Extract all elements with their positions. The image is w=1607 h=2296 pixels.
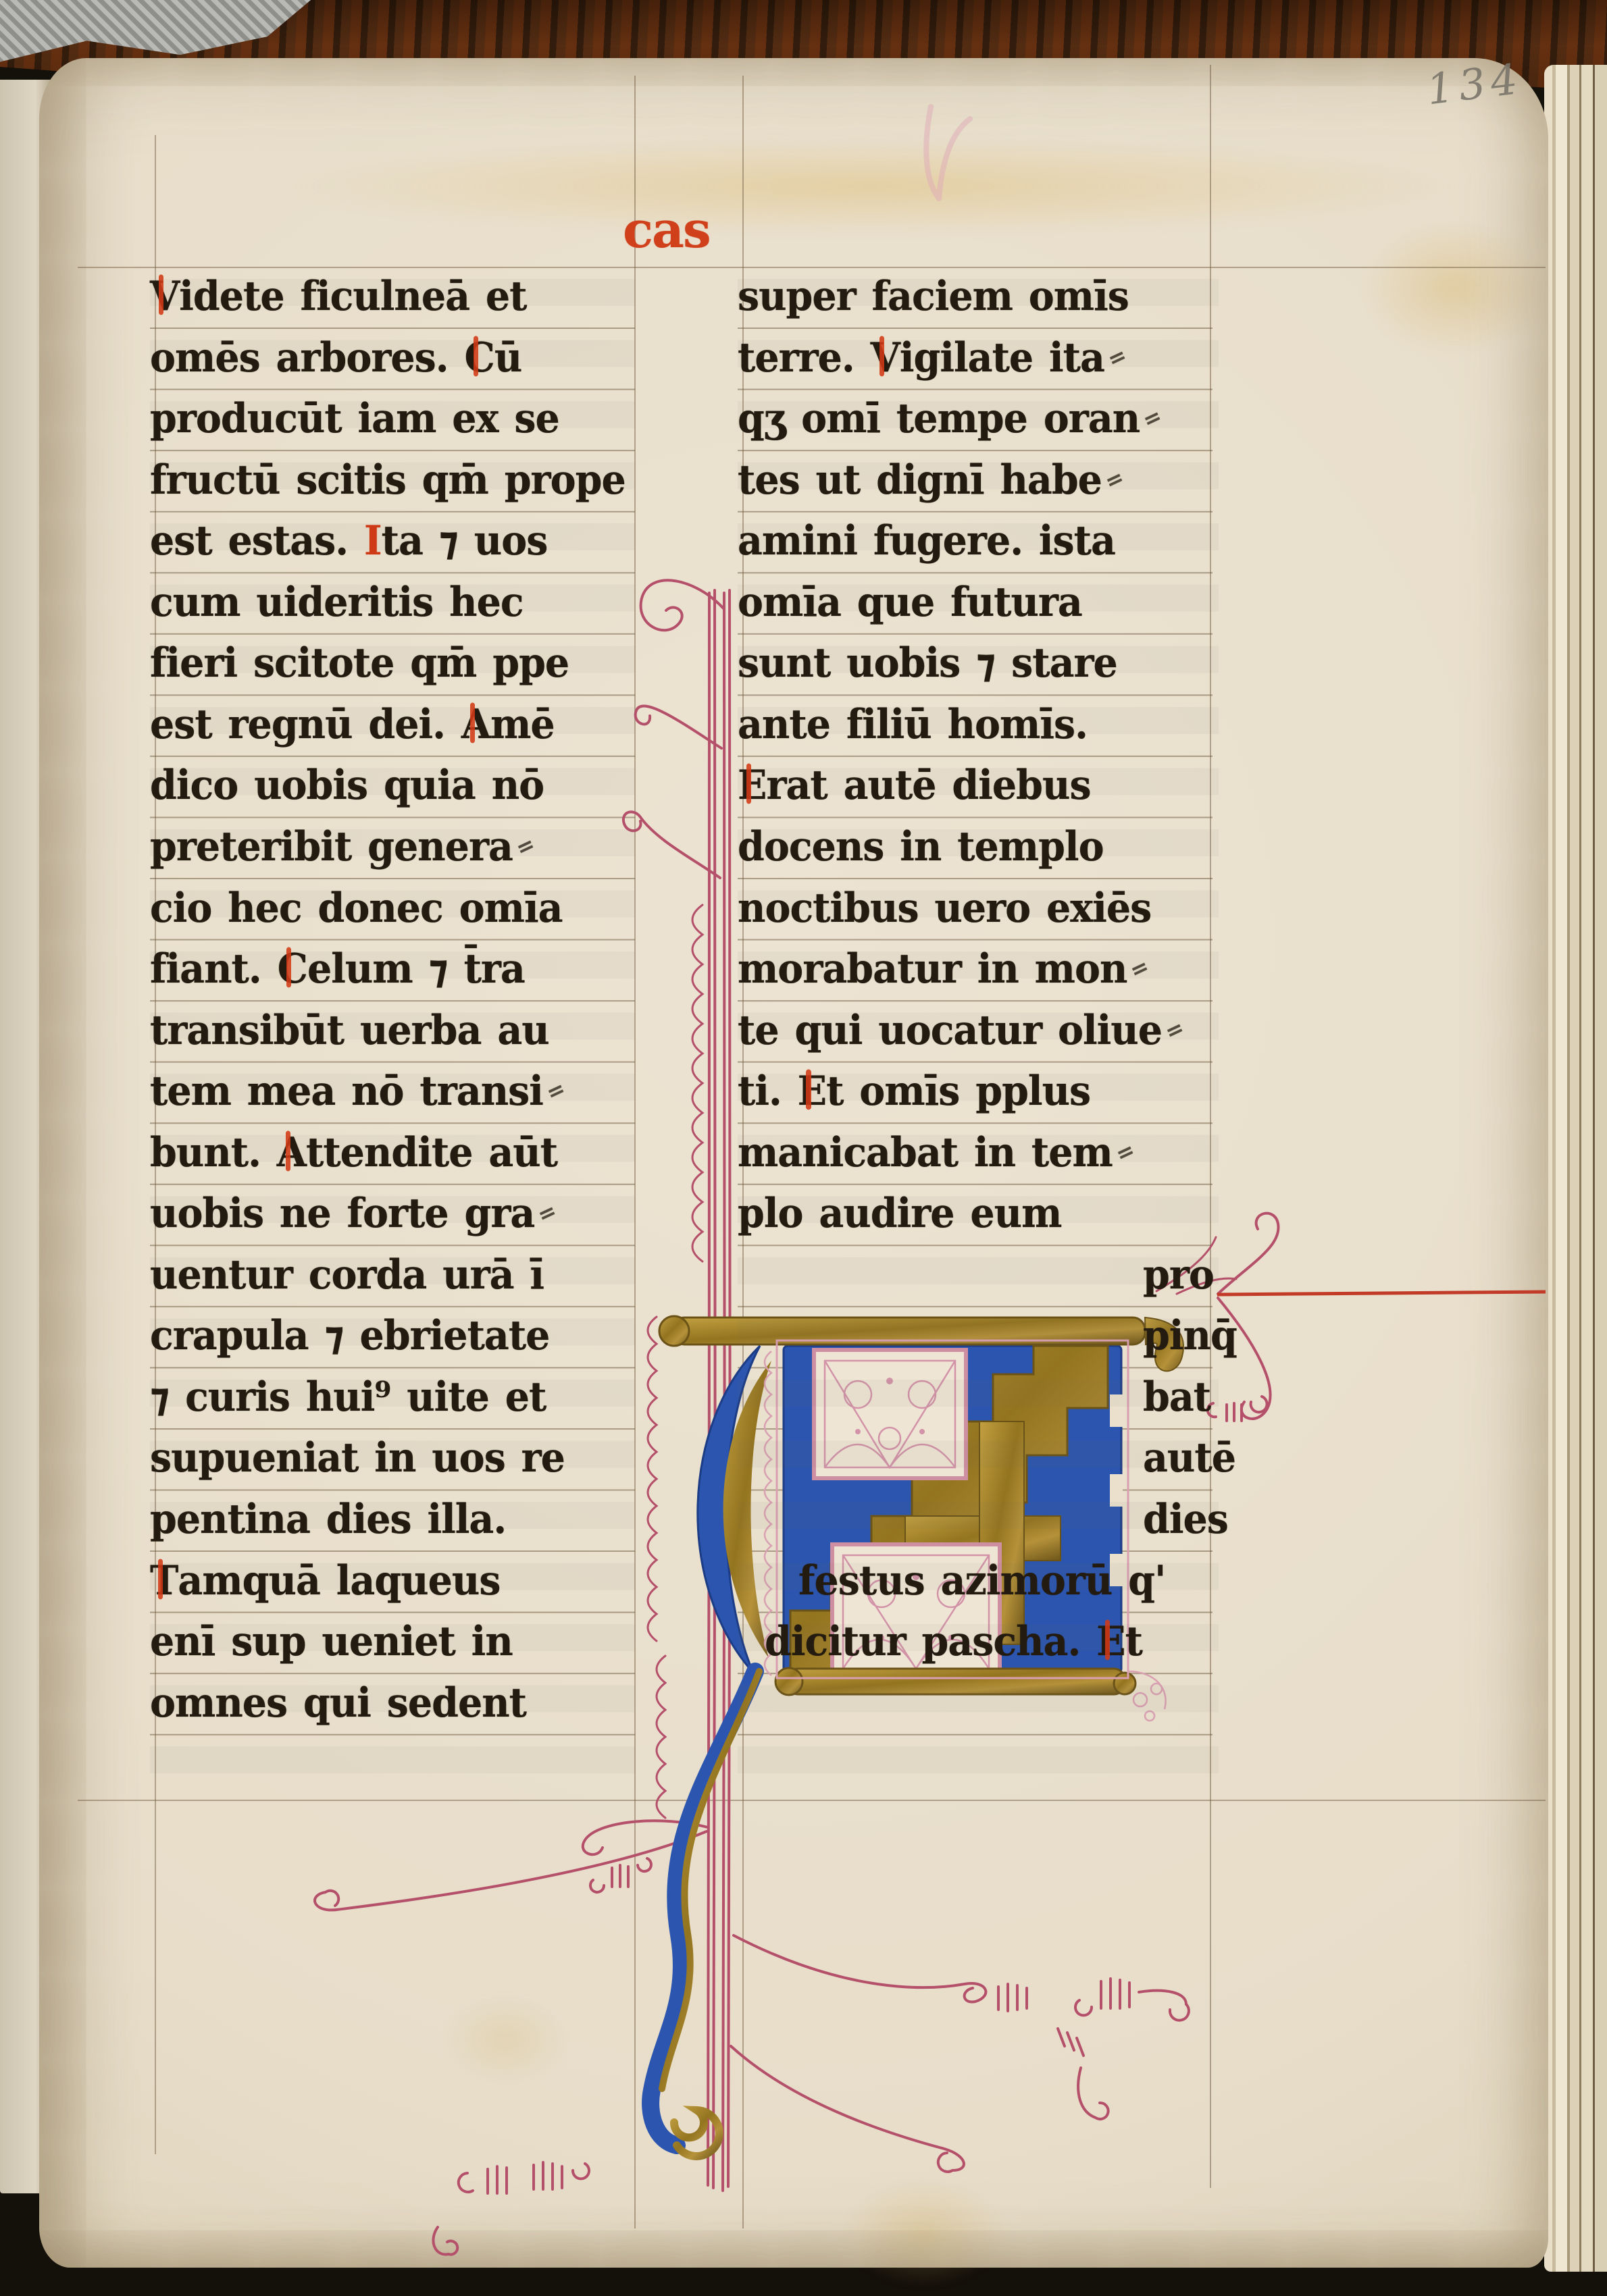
running-title: cas <box>623 201 710 259</box>
text-line: cum uideritis hec <box>150 573 635 637</box>
text-line: crapula ⁊ ebrietate <box>150 1306 635 1371</box>
versal-capital: E <box>1096 1612 1125 1671</box>
text-line: uentur corda urā ī <box>150 1245 635 1310</box>
text-line: manicabat in tem= <box>738 1123 1219 1188</box>
text-line: noctibus uero exiēs <box>738 879 1219 943</box>
line-filler-mark: = <box>1095 449 1133 511</box>
text-line: plo audire eum <box>738 1184 1219 1249</box>
versal-capital: A <box>277 1123 306 1182</box>
line-filler-mark: = <box>1098 327 1136 388</box>
text-line: ⁊ curis hui⁹ uite et <box>150 1367 635 1432</box>
text-line: morabatur in mon= <box>738 939 1219 1004</box>
line-filler-mark: = <box>536 1060 575 1122</box>
text-line: festus azimorū q' <box>738 1551 1279 1616</box>
versal-capital: I <box>364 511 382 571</box>
text-line: supueniat in uos re <box>150 1428 635 1493</box>
line-filler-mark: = <box>1120 938 1158 999</box>
text-line: bat <box>738 1367 1607 1432</box>
text-line: producūt iam ex se <box>150 389 635 454</box>
versal-capital: V <box>871 328 900 388</box>
text-line: bunt. Attendite aūt <box>150 1123 635 1188</box>
line-filler-mark: = <box>1106 1122 1144 1183</box>
text-line: Erat autē diebus <box>738 756 1219 820</box>
versal-capital: A <box>461 695 490 754</box>
text-line: tem mea nō transi= <box>150 1062 635 1126</box>
text-line: dico uobis quia nō <box>150 756 635 820</box>
stain-bottom-center <box>843 2178 1005 2287</box>
text-line: omēs arbores. Cū <box>150 328 635 393</box>
text-line: qʒ omī tempe oran= <box>738 389 1219 454</box>
stain-top-right <box>1363 220 1546 355</box>
text-line: pro <box>738 1245 1607 1310</box>
text-line: est regnū dei. Amē <box>150 695 635 760</box>
line-filler-mark: = <box>506 816 544 877</box>
text-line: dicitur pascha. Et <box>738 1612 1246 1677</box>
text-line: Tamquā laqueus <box>150 1551 635 1616</box>
versal-capital: C <box>278 939 307 999</box>
text-column-right: super faciem omīsterre. Vigilate ita=qʒ … <box>738 267 1219 1800</box>
line-filler-mark: = <box>1155 999 1194 1061</box>
stain-top-band <box>289 139 1451 234</box>
versal-capital: T <box>150 1551 178 1611</box>
text-line: amini fugere. ista <box>738 511 1219 576</box>
text-line: fructū scitis qm̄ prope <box>150 450 635 515</box>
text-line: cio hec donec omīa <box>150 879 635 943</box>
versal-capital: V <box>150 267 179 326</box>
line-filler-mark: = <box>1133 388 1171 449</box>
text-line: fiant. Celum ⁊ t̄ra <box>150 939 635 1004</box>
text-line: sunt uobis ⁊ stare <box>738 633 1219 698</box>
text-line: est estas. Ita ⁊ uos <box>150 511 635 576</box>
fore-edge-page-stack <box>1544 65 1607 2272</box>
text-line: te qui uocatur oliue= <box>738 1001 1219 1066</box>
text-line: Videte ficulneā et <box>150 267 635 332</box>
text-line: enī sup ueniet in <box>150 1612 635 1677</box>
manuscript-photo: { "page": { "folio_number": "134", "runn… <box>0 0 1607 2296</box>
text-column-left: Videte ficulneā etomēs arbores. Cūproduc… <box>150 267 635 1800</box>
text-line: ante filiū homīs. <box>738 695 1219 760</box>
versal-capital: E <box>798 1062 826 1121</box>
text-line: transibūt uerba au <box>150 1001 635 1066</box>
versal-capital: C <box>464 328 494 388</box>
text-line: dies <box>738 1490 1607 1555</box>
text-line: super faciem omīs <box>738 267 1219 332</box>
text-line: docens in templo <box>738 817 1219 882</box>
text-line: pentina dies illa. <box>150 1490 635 1555</box>
text-line: ti. Et omīs pplus <box>738 1062 1219 1126</box>
versal-capital: E <box>738 756 766 815</box>
text-line: preteribit genera= <box>150 817 635 882</box>
line-filler-mark: = <box>528 1183 566 1245</box>
text-line: uobis ne forte gra= <box>150 1184 635 1249</box>
text-line: terre. Vigilate ita= <box>738 328 1219 393</box>
stain-bottom-left <box>444 1996 566 2084</box>
text-line: pinq̄ <box>738 1306 1607 1371</box>
text-line: autē <box>738 1428 1607 1493</box>
text-line: omnes qui sedent <box>150 1673 635 1738</box>
text-line: tes ut dignī habe= <box>738 450 1219 515</box>
text-line: omīa que futura <box>738 573 1219 637</box>
text-line: fieri scitote qm̄ ppe <box>150 633 635 698</box>
